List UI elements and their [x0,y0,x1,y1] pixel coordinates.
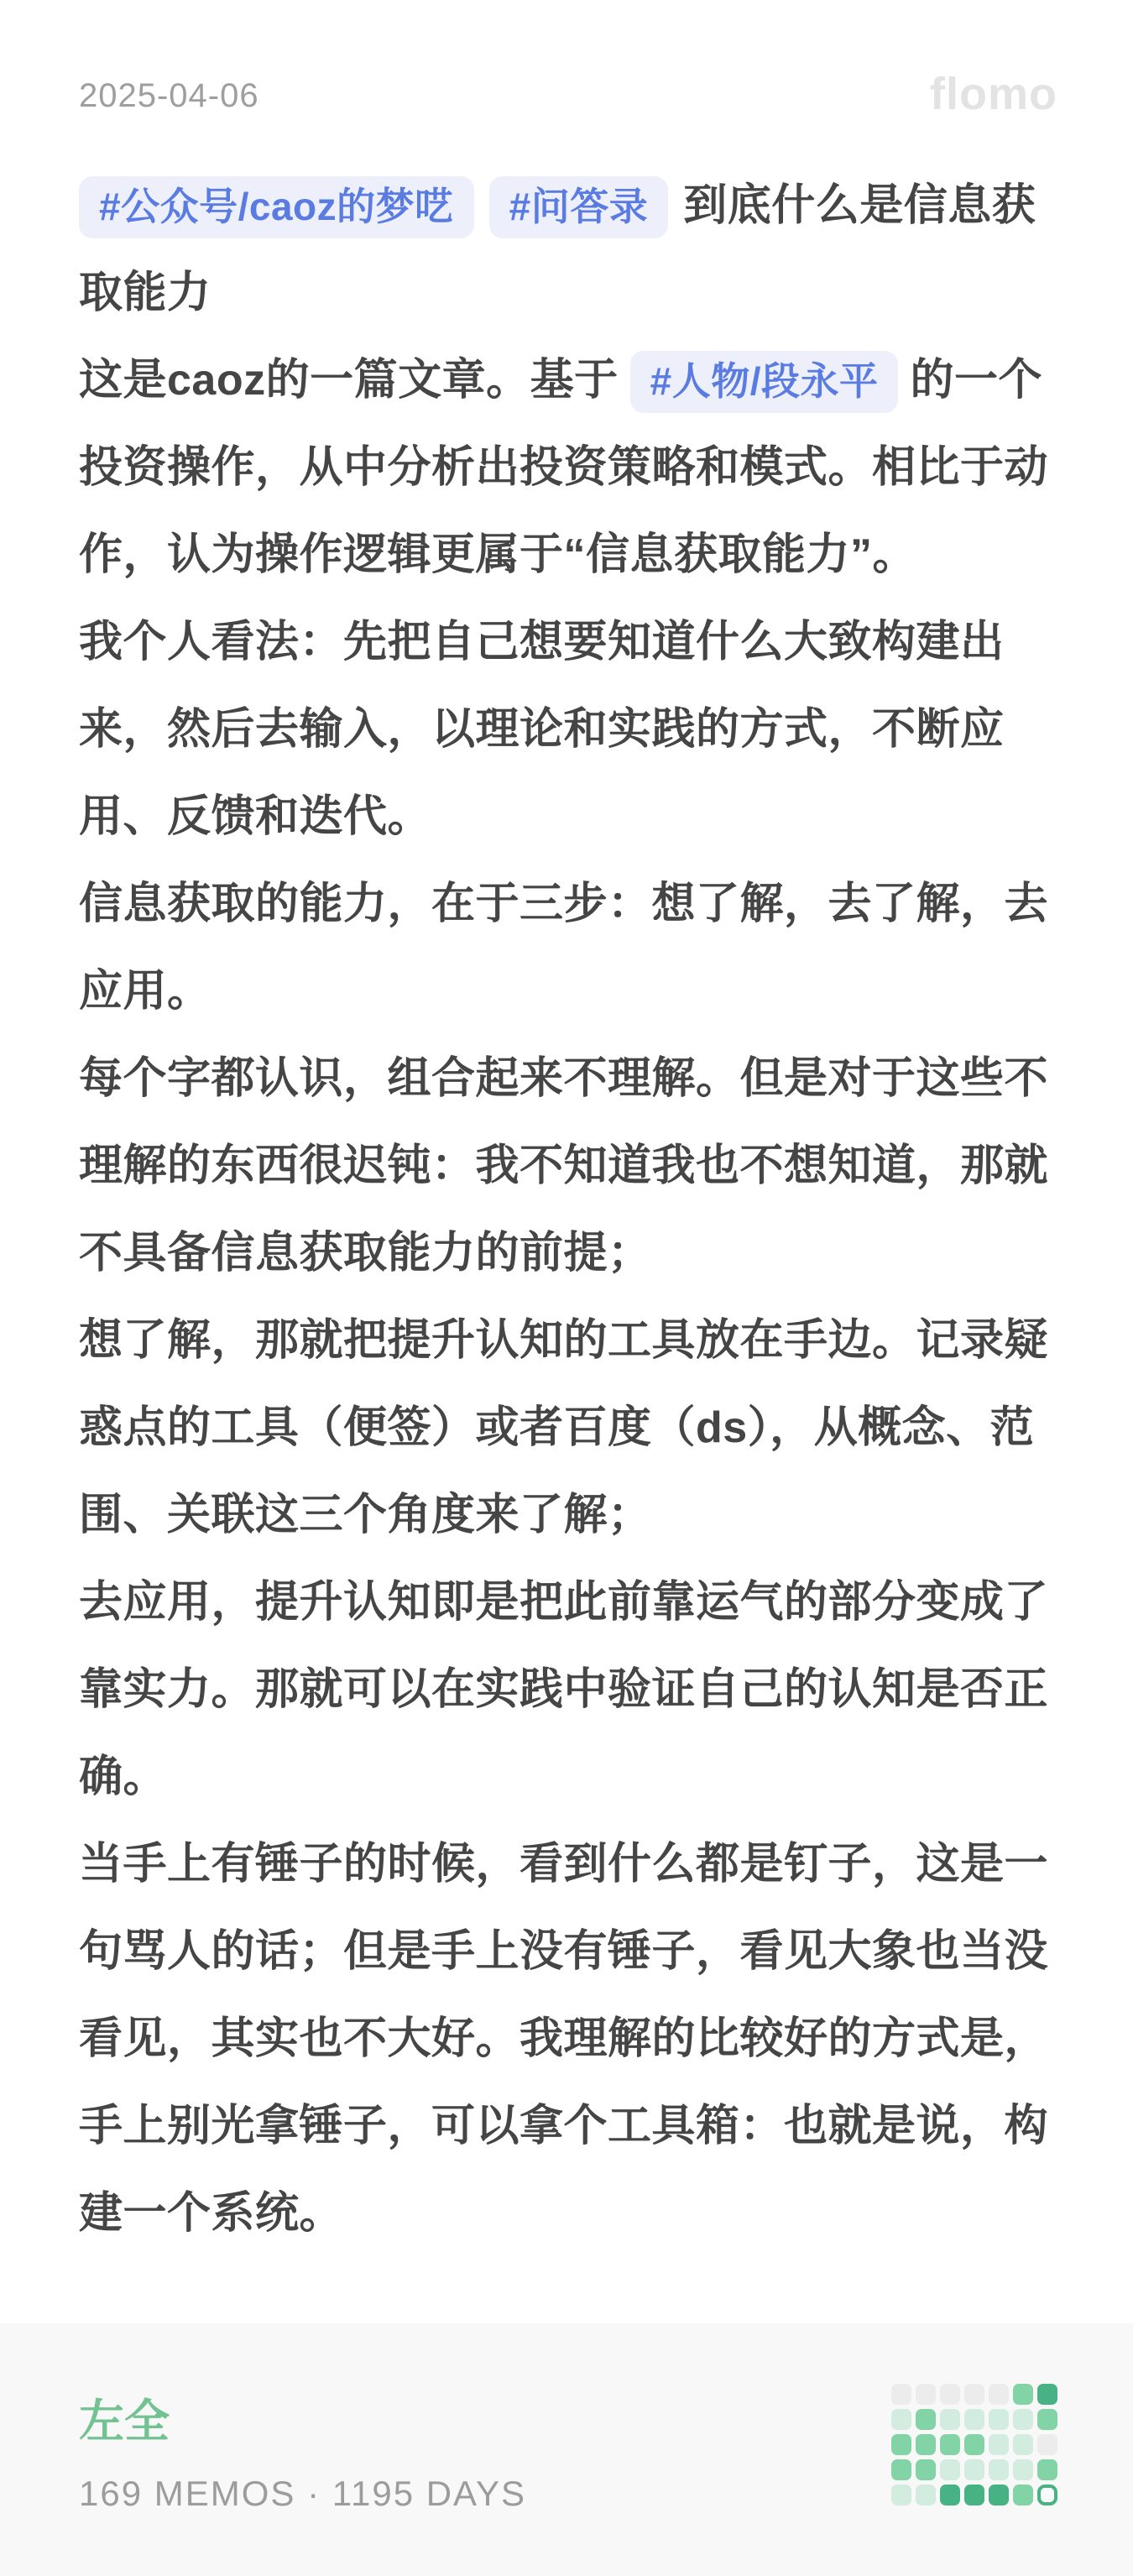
heatmap-cell-today [1037,2485,1057,2505]
memo-paragraph: 去应用，提升认知即是把此前靠运气的部分变成了靠实力。那就可以在实践中验证自己的认… [79,1559,1056,1821]
flomo-share-card: 2025-04-06 flomo #公众号/caoz的梦呓#问答录到底什么是信息… [0,0,1133,2576]
heatmap-cell-l2 [916,2459,936,2480]
memo-text: 去应用，提升认知即是把此前靠运气的部分变成了靠实力。那就可以在实践中验证自己的认… [79,1578,1048,1801]
memo-stats: 169 MEMOS · 1195 DAYS [79,2474,526,2514]
heatmap-cell-l2 [891,2459,911,2480]
heatmap-cell-l1 [1013,2409,1033,2430]
memo-paragraph: 我个人看法：先把自己想要知道什么大致构建出来，然后去输入，以理论和实践的方式，不… [79,598,1056,860]
footer-user-info: 左全 169 MEMOS · 1195 DAYS [79,2385,526,2514]
heatmap-cell-l1 [940,2409,960,2430]
heatmap-cell-empty [916,2384,936,2405]
heatmap-cell-l1 [1013,2434,1033,2455]
heatmap-cell-l1 [1013,2459,1033,2480]
heatmap-cell-empty [989,2384,1009,2405]
activity-heatmap [891,2384,1057,2505]
heatmap-cell-l1 [989,2434,1009,2455]
heatmap-cell-l2 [1037,2409,1057,2430]
heatmap-cell-l1 [964,2459,984,2480]
memo-paragraph: 这是caoz的一篇文章。基于#人物/段永平的一个投资操作，从中分析出投资策略和模… [79,337,1056,598]
card-header: 2025-04-06 flomo [0,0,1133,115]
heatmap-cell-l2 [1013,2384,1033,2405]
memo-text: 我个人看法：先把自己想要知道什么大致构建出来，然后去输入，以理论和实践的方式，不… [79,618,1005,841]
heatmap-cell-l3 [940,2485,960,2505]
memo-text: 想了解，那就把提升认知的工具放在手边。记录疑惑点的工具（便签）或者百度（ds），… [79,1316,1048,1539]
heatmap-cell-l1 [940,2459,960,2480]
flomo-logo: flomo [930,77,1057,111]
tag-pill: #公众号/caoz的梦呓 [79,176,474,238]
memo-date: 2025-04-06 [79,77,259,115]
memo-text: 这是caoz的一篇文章。基于 [79,356,619,405]
heatmap-cell-l2 [916,2434,936,2455]
heatmap-cell-l2 [891,2434,911,2455]
heatmap-cell-l1 [989,2459,1009,2480]
heatmap-cell-l2 [964,2434,984,2455]
heatmap-cell-l3 [989,2485,1009,2505]
heatmap-cell-l2 [940,2434,960,2455]
memo-text: 当手上有锤子的时候，看到什么都是钉子，这是一句骂人的话；但是手上没有锤子，看见大… [79,1840,1048,2238]
heatmap-cell-l1 [891,2485,911,2505]
heatmap-cell-empty [964,2384,984,2405]
memo-text: 每个字都认识，组合起来不理解。但是对于这些不理解的东西很迟钝：我不知道我也不想知… [79,1054,1048,1278]
heatmap-cell-l3 [964,2485,984,2505]
memo-paragraph: 每个字都认识，组合起来不理解。但是对于这些不理解的东西很迟钝：我不知道我也不想知… [79,1035,1056,1297]
memo-paragraph: 当手上有锤子的时候，看到什么都是钉子，这是一句骂人的话；但是手上没有锤子，看见大… [79,1821,1056,2257]
heatmap-cell-empty [940,2384,960,2405]
heatmap-cell-l1 [964,2409,984,2430]
username: 左全 [79,2385,526,2450]
heatmap-cell-empty [891,2384,911,2405]
heatmap-cell-l2 [1037,2459,1057,2480]
tag-pill: #人物/段永平 [630,351,899,413]
heatmap-cell-l1 [916,2485,936,2505]
card-footer: 左全 169 MEMOS · 1195 DAYS [0,2323,1133,2576]
memo-content: #公众号/caoz的梦呓#问答录到底什么是信息获取能力这是caoz的一篇文章。基… [0,115,1133,2257]
heatmap-cell-empty [1037,2434,1057,2455]
heatmap-cell-l2 [916,2409,936,2430]
memo-paragraph: 信息获取的能力，在于三步：想了解，去了解，去应用。 [79,860,1056,1035]
memo-text: 信息获取的能力，在于三步：想了解，去了解，去应用。 [79,880,1048,1016]
memo-paragraph: #公众号/caoz的梦呓#问答录到底什么是信息获取能力 [79,162,1056,337]
heatmap-cell-l1 [989,2409,1009,2430]
tag-pill: #问答录 [489,176,669,238]
heatmap-cell-l2 [1013,2485,1033,2505]
heatmap-cell-l1 [891,2409,911,2430]
memo-paragraph: 想了解，那就把提升认知的工具放在手边。记录疑惑点的工具（便签）或者百度（ds），… [79,1297,1056,1559]
heatmap-cell-l3 [1037,2384,1057,2405]
